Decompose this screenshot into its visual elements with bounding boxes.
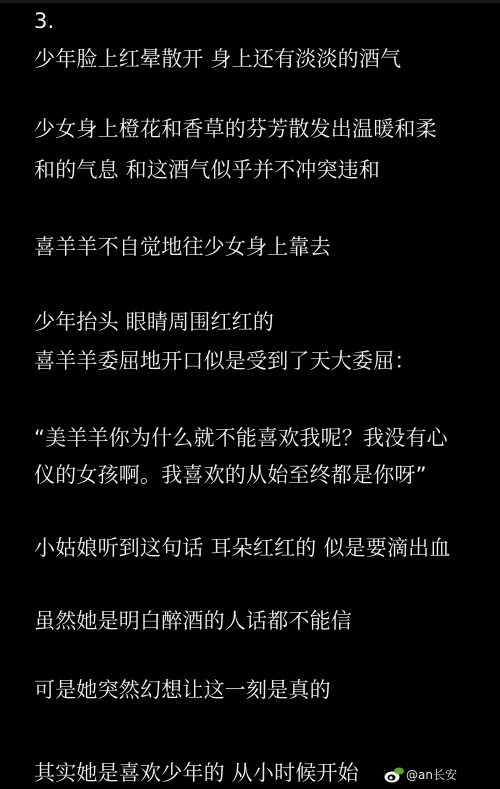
- weibo-icon: [384, 766, 404, 782]
- story-line: 仪的女孩啊。我喜欢的从始至终都是你呀”: [34, 462, 427, 488]
- story-line: 小姑娘听到这句话 耳朵红红的 似是要滴出血: [34, 535, 451, 561]
- top-border: [0, 0, 500, 3]
- story-line: 可是她突然幻想让这一刻是真的: [34, 677, 331, 703]
- story-line: 少年脸上红晕散开 身上还有淡淡的酒气: [34, 46, 401, 72]
- story-line: 其实她是喜欢少年的 从小时候开始: [34, 760, 359, 786]
- watermark-handle: @an长安: [406, 766, 457, 783]
- story-line: 喜羊羊委屈地开口似是受到了天大委屈：: [34, 348, 416, 374]
- weibo-watermark: @an长安: [384, 763, 457, 785]
- story-line: 少年抬头 眼睛周围红红的: [34, 309, 274, 335]
- story-line: 喜羊羊不自觉地往少女身上靠去: [34, 234, 331, 260]
- story-line: 虽然她是明白醉酒的人话都不能信: [34, 608, 352, 634]
- story-line-number: 3.: [34, 8, 54, 34]
- story-line: “美羊羊你为什么就不能喜欢我呢？我没有心: [34, 425, 448, 451]
- story-line: 和的气息 和这酒气似乎并不冲突违和: [34, 157, 380, 183]
- story-line: 少女身上橙花和香草的芬芳散发出温暖和柔: [34, 116, 437, 142]
